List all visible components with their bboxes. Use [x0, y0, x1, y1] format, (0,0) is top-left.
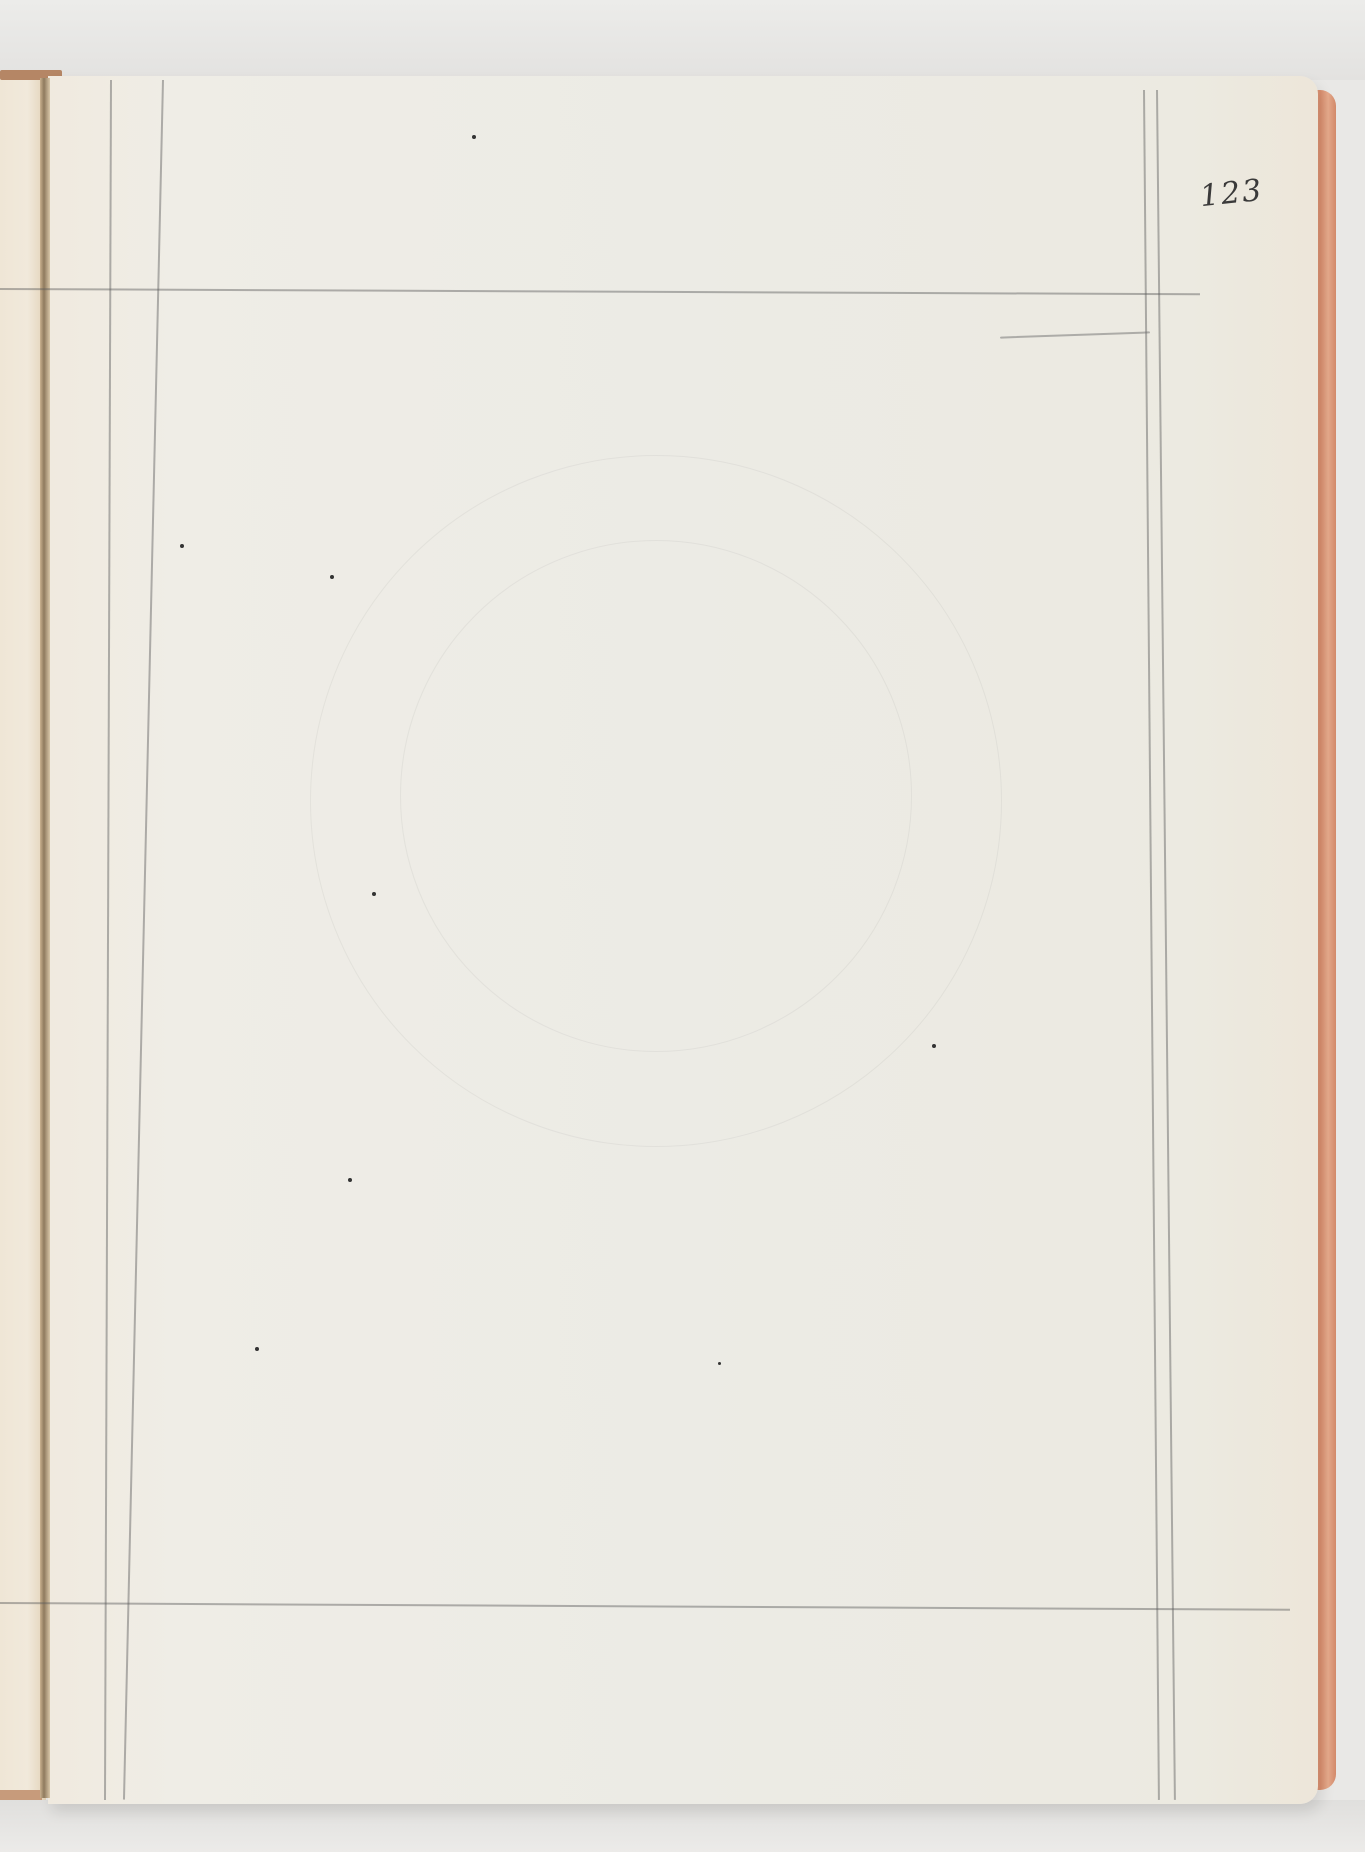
speck	[472, 135, 476, 139]
speck	[348, 1178, 352, 1182]
scan-background-bottom	[0, 1800, 1365, 1852]
left-page-bottom-edge	[0, 1790, 42, 1800]
speck	[932, 1044, 936, 1048]
speck	[330, 575, 334, 579]
scan-background-top	[0, 0, 1365, 80]
speck	[180, 544, 184, 548]
book-gutter	[40, 78, 50, 1798]
page-number: 123	[1198, 173, 1265, 214]
speck	[255, 1347, 259, 1351]
faint-inner-circle	[400, 540, 912, 1052]
speck	[718, 1362, 721, 1365]
speck	[372, 892, 376, 896]
